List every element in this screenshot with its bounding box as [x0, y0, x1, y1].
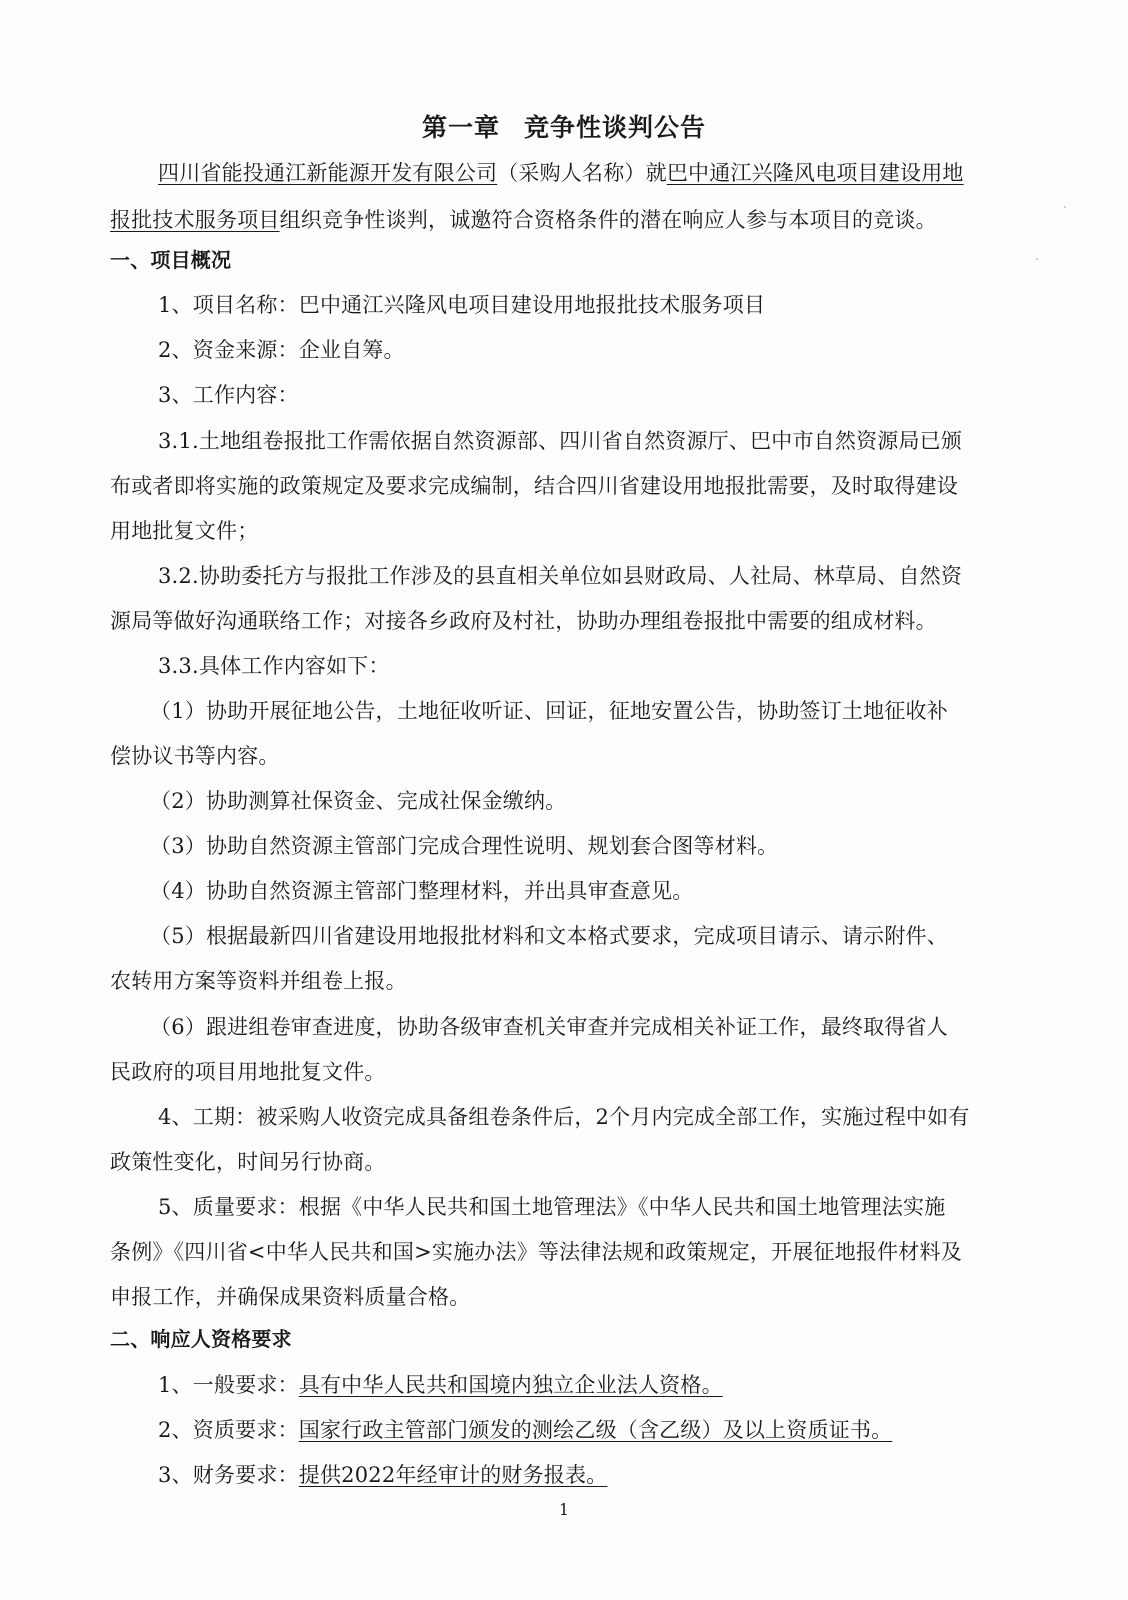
- req-general: 1、一般要求：具有中华人民共和国境内独立企业法人资格。: [158, 1371, 723, 1399]
- intro-rest: 组织竞争性谈判，诚邀符合资格条件的潜在响应人参与本项目的竞谈。: [280, 208, 937, 232]
- sub-item-5-line-1: （5）根据最新四川省建设用地报批材料和文本格式要求，完成项目请示、请示附件、: [150, 922, 948, 950]
- sub-item-4: （4）协助自然资源主管部门整理材料，并出具审查意见。: [150, 877, 694, 905]
- sub-item-6-line-1: （6）跟进组卷审查进度，协助各级审查机关审查并完成相关补证工作，最终取得省人: [150, 1013, 948, 1041]
- project-name-part2: 报批技术服务项目: [110, 208, 280, 232]
- document-page: 第一章竞争性谈判公告 四川省能投通江新能源开发有限公司（采购人名称）就巴中通江兴…: [0, 0, 1128, 1600]
- item-quality-line-3: 申报工作，并确保成果资料质量合格。: [110, 1283, 470, 1311]
- item-schedule-line-2: 政策性变化，时间另行协商。: [110, 1148, 386, 1176]
- section-heading-overview: 一、项目概况: [110, 246, 231, 274]
- item-3-3: 3.3.具体工作内容如下：: [158, 652, 390, 680]
- req-qualification-label: 2、资质要求：: [158, 1418, 299, 1442]
- item-project-name: 1、项目名称：巴中通江兴隆风电项目建设用地报批技术服务项目: [158, 291, 765, 319]
- intro-line-2: 报批技术服务项目组织竞争性谈判，诚邀符合资格条件的潜在响应人参与本项目的竞谈。: [110, 206, 937, 234]
- item-schedule-line-1: 4、工期：被采购人收资完成具备组卷条件后，2个月内完成全部工作，实施过程中如有: [158, 1103, 970, 1131]
- req-qualification: 2、资质要求：国家行政主管部门颁发的测绘乙级（含乙级）及以上资质证书。: [158, 1416, 892, 1444]
- req-financial-value: 提供2022年经审计的财务报表。: [299, 1463, 608, 1487]
- page-number: 1: [0, 1500, 1128, 1519]
- item-3-1-line-1: 3.1.土地组卷报批工作需依据自然资源部、四川省自然资源厅、巴中市自然资源局已颁: [158, 427, 962, 455]
- item-funding-source: 2、资金来源：企业自筹。: [158, 336, 405, 364]
- req-general-label: 1、一般要求：: [158, 1373, 299, 1397]
- item-3-2-line-2: 源局等做好沟通联络工作；对接各乡政府及村社，协助办理组卷报批中需要的组成材料。: [110, 607, 937, 635]
- item-3-2-line-1: 3.2.协助委托方与报批工作涉及的县直相关单位如县财政局、人社局、林草局、自然资: [158, 562, 962, 590]
- item-quality-line-1: 5、质量要求：根据《中华人民共和国土地管理法》《中华人民共和国土地管理法实施: [158, 1193, 945, 1221]
- chapter-number: 第一章: [422, 113, 500, 142]
- sub-item-1-line-2: 偿协议书等内容。: [110, 742, 280, 770]
- sub-item-5-line-2: 农转用方案等资料并组卷上报。: [110, 967, 407, 995]
- sub-item-3: （3）协助自然资源主管部门完成合理性说明、规划套合图等材料。: [150, 832, 778, 860]
- sub-item-1-line-1: （1）协助开展征地公告，土地征收听证、回证，征地安置公告，协助签订土地征收补: [150, 697, 948, 725]
- req-financial: 3、财务要求：提供2022年经审计的财务报表。: [158, 1461, 607, 1489]
- scan-speck: [425, 1014, 427, 1016]
- chapter-name: 竞争性谈判公告: [524, 113, 706, 142]
- item-3-1-line-2: 布或者即将实施的政策规定及要求完成编制，结合四川省建设用地报批需要，及时取得建设: [110, 472, 958, 500]
- project-name-part1: 巴中通江兴隆风电项目建设用地: [667, 161, 964, 185]
- item-3-1-line-3: 用地批复文件；: [110, 517, 258, 545]
- section-heading-qualifications: 二、响应人资格要求: [110, 1325, 292, 1353]
- scan-speck: [1036, 258, 1038, 260]
- chapter-title: 第一章竞争性谈判公告: [0, 108, 1128, 144]
- sub-item-2: （2）协助测算社保资金、完成社保金缴纳。: [150, 787, 566, 815]
- item-quality-line-2: 条例》《四川省<中华人民共和国>实施办法》等法律法规和政策规定，开展征地报件材料…: [110, 1238, 962, 1266]
- sub-item-6-line-2: 民政府的项目用地批复文件。: [110, 1058, 386, 1086]
- intro-line-1: 四川省能投通江新能源开发有限公司（采购人名称）就巴中通江兴隆风电项目建设用地: [158, 159, 964, 187]
- req-financial-label: 3、财务要求：: [158, 1463, 299, 1487]
- purchaser-name: 四川省能投通江新能源开发有限公司: [158, 161, 497, 185]
- req-general-value: 具有中华人民共和国境内独立企业法人资格。: [299, 1373, 723, 1397]
- req-qualification-value: 国家行政主管部门颁发的测绘乙级（含乙级）及以上资质证书。: [299, 1418, 893, 1442]
- scan-speck: [1064, 206, 1066, 208]
- item-work-content: 3、工作内容：: [158, 381, 299, 409]
- purchaser-note: （采购人名称）就: [497, 161, 667, 185]
